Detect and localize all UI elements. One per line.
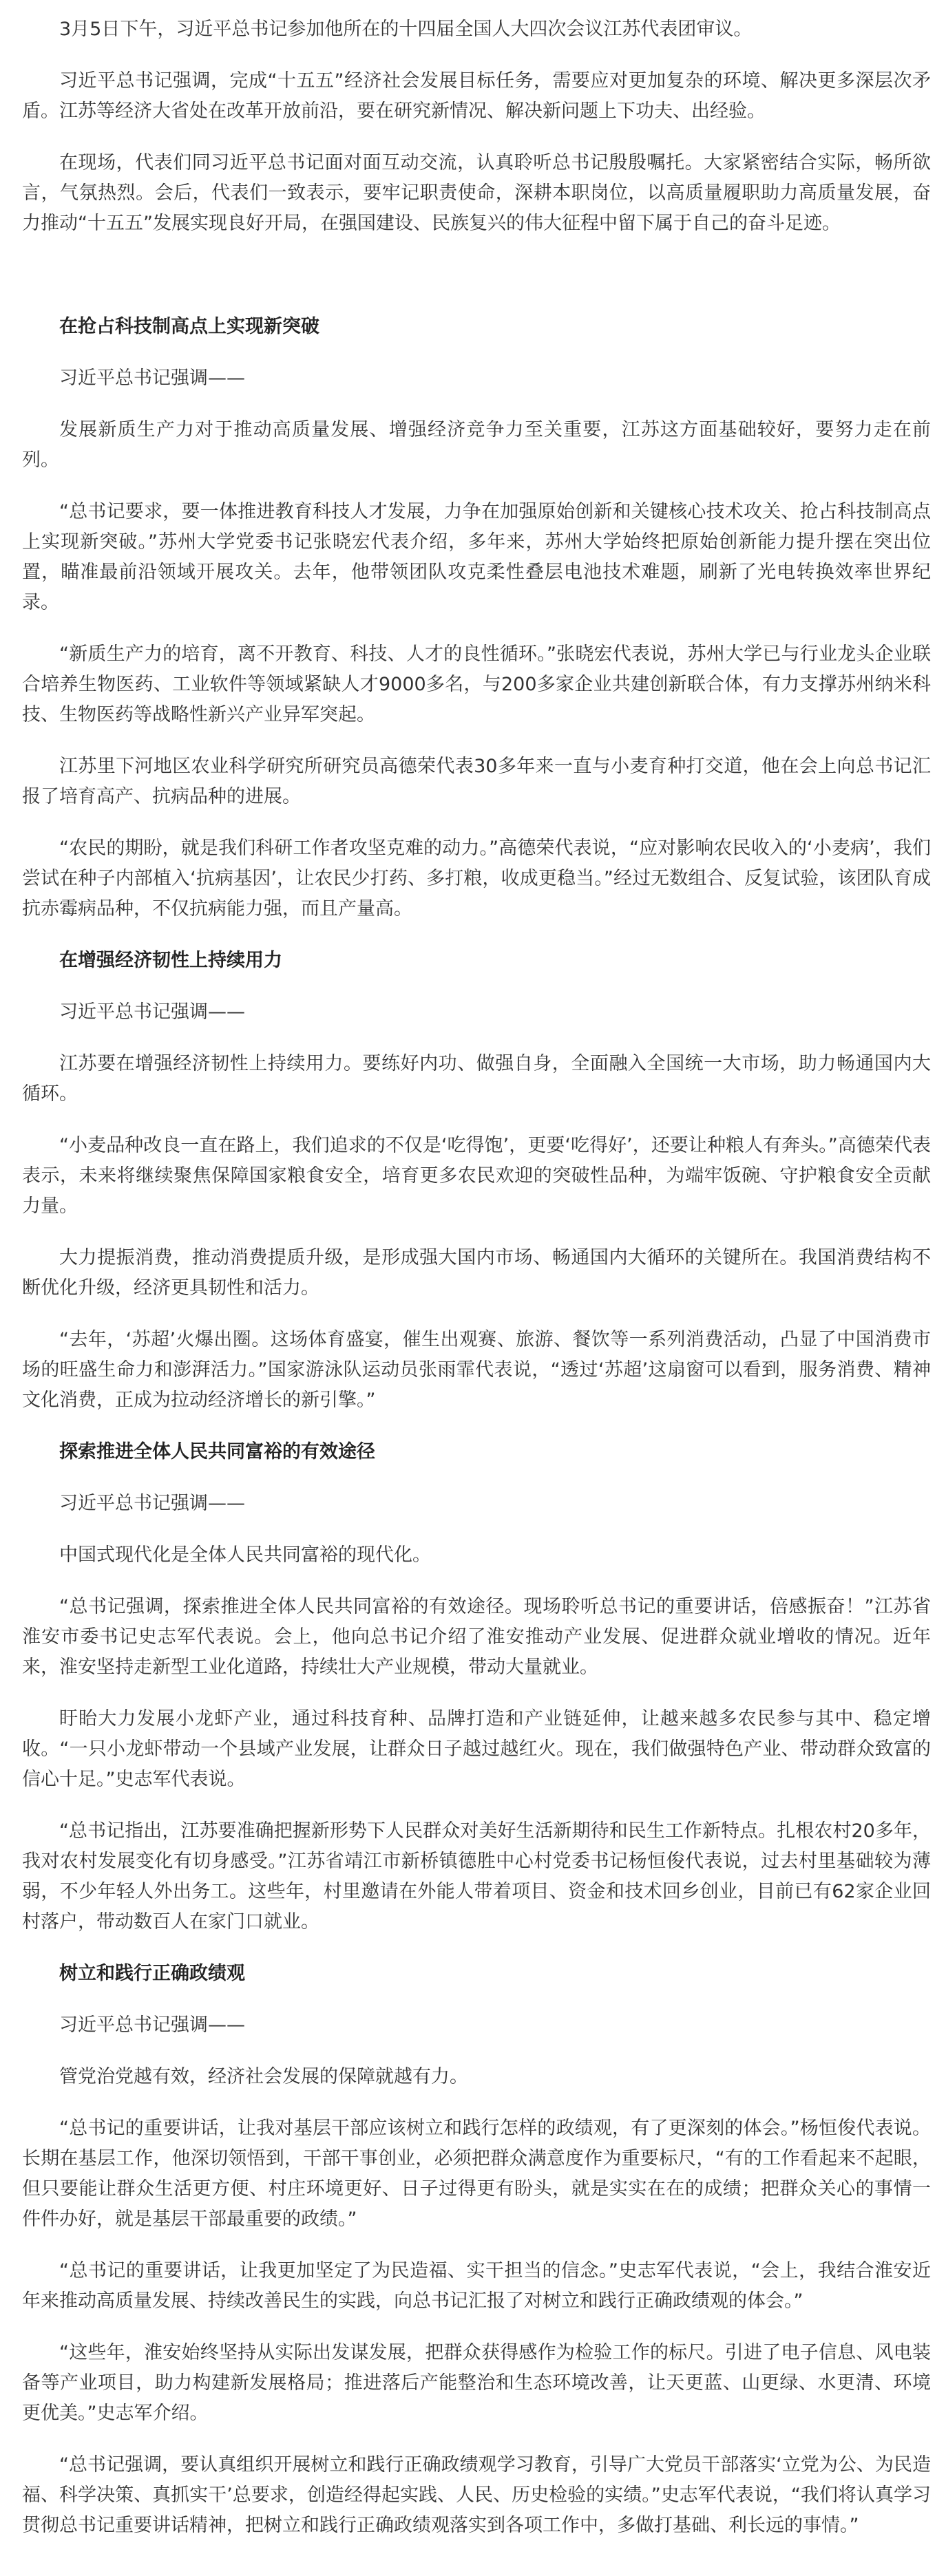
paragraph: “总书记强调，要认真组织开展树立和践行正确政绩观学习教育，引导广大党员干部落实‘… — [22, 2450, 931, 2541]
intro-paragraph: 在现场，代表们同习近平总书记面对面互动交流，认真聆听总书记殷殷嘱托。大家紧密结合… — [22, 148, 931, 239]
paragraph: 中国式现代化是全体人民共同富裕的现代化。 — [22, 1540, 931, 1571]
paragraph: “总书记要求，要一体推进教育科技人才发展，力争在加强原始创新和关键核心技术攻关、… — [22, 497, 931, 618]
section-lead: 习近平总书记强调—— — [22, 363, 931, 394]
article-body: 3月5日下午，习近平总书记参加他所在的十四届全国人大四次会议江苏代表团审议。 习… — [22, 14, 931, 2541]
section-lead: 习近平总书记强调—— — [22, 997, 931, 1028]
paragraph: “新质生产力的培育，离不开教育、科技、人才的良性循环。”张晓宏代表说，苏州大学已… — [22, 639, 931, 730]
intro-paragraph: 3月5日下午，习近平总书记参加他所在的十四届全国人大四次会议江苏代表团审议。 — [22, 14, 931, 45]
paragraph: 盱眙大力发展小龙虾产业，通过科技育种、品牌打造和产业链延伸，让越来越多农民参与其… — [22, 1704, 931, 1795]
intro-paragraph: 习近平总书记强调，完成“十五五”经济社会发展目标任务，需要应对更加复杂的环境、解… — [22, 66, 931, 127]
paragraph: 发展新质生产力对于推动高质量发展、增强经济竞争力至关重要，江苏这方面基础较好，要… — [22, 415, 931, 476]
section-heading: 探索推进全体人民共同富裕的有效途径 — [22, 1437, 931, 1467]
paragraph: “小麦品种改良一直在路上，我们追求的不仅是‘吃得饱’，更要‘吃得好’，还要让种粮… — [22, 1131, 931, 1222]
paragraph: “去年，‘苏超’火爆出圈。这场体育盛宴，催生出观赛、旅游、餐饮等一系列消费活动，… — [22, 1325, 931, 1416]
section-lead: 习近平总书记强调—— — [22, 2010, 931, 2041]
paragraph: “总书记强调，探索推进全体人民共同富裕的有效途径。现场聆听总书记的重要讲话，倍感… — [22, 1592, 931, 1683]
paragraph: 江苏要在增强经济韧性上持续用力。要练好内功、做强自身，全面融入全国统一大市场，助… — [22, 1049, 931, 1109]
paragraph: 管党治党越有效，经济社会发展的保障就越有力。 — [22, 2062, 931, 2092]
paragraph: 大力提振消费，推动消费提质升级，是形成强大国内市场、畅通国内大循环的关键所在。我… — [22, 1243, 931, 1303]
blank-spacer — [22, 260, 931, 290]
section-lead: 习近平总书记强调—— — [22, 1489, 931, 1519]
paragraph: “总书记的重要讲话，让我更加坚定了为民造福、实干担当的信念。”史志军代表说，“会… — [22, 2256, 931, 2317]
section-heading: 在抢占科技制高点上实现新突破 — [22, 312, 931, 342]
section-heading: 树立和践行正确政绩观 — [22, 1959, 931, 1989]
section-heading: 在增强经济韧性上持续用力 — [22, 946, 931, 976]
paragraph: “农民的期盼，就是我们科研工作者攻坚克难的动力。”高德荣代表说，“应对影响农民收… — [22, 833, 931, 924]
paragraph: “这些年，淮安始终坚持从实际出发谋发展，把群众获得感作为检验工作的标尺。引进了电… — [22, 2338, 931, 2429]
paragraph: “总书记指出，江苏要准确把握新形势下人民群众对美好生活新期待和民生工作新特点。扎… — [22, 1816, 931, 1937]
paragraph: “总书记的重要讲话，让我对基层干部应该树立和践行怎样的政绩观，有了更深刻的体会。… — [22, 2114, 931, 2235]
paragraph: 江苏里下河地区农业科学研究所研究员高德荣代表30多年来一直与小麦育种打交道，他在… — [22, 752, 931, 812]
